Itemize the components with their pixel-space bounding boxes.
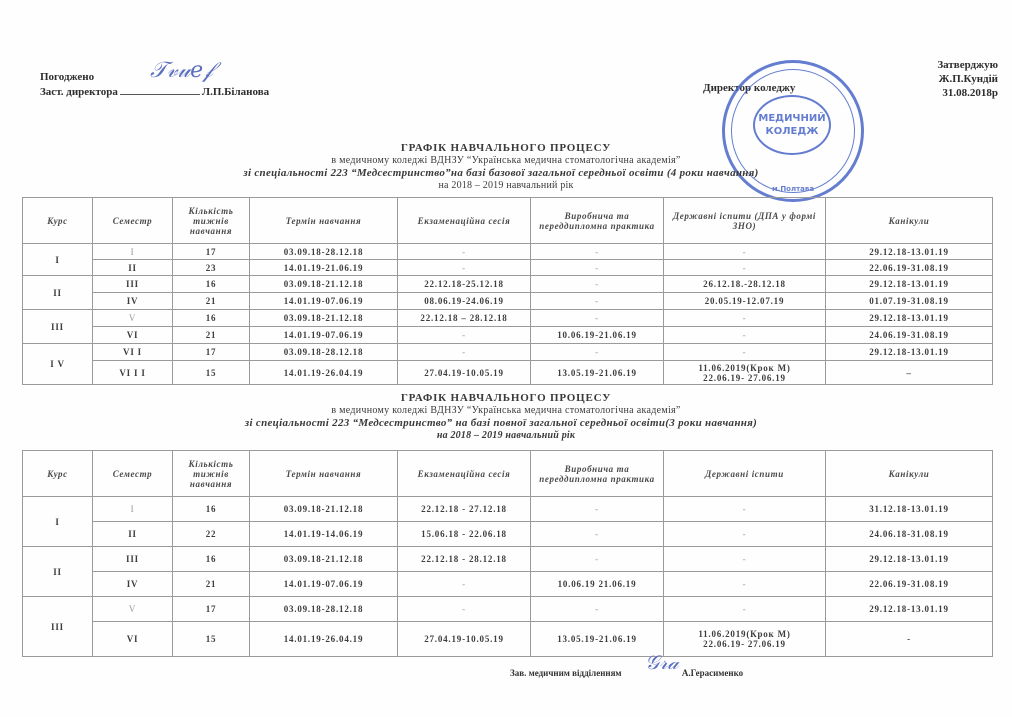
state-exam-cell: 26.12.18.-28.12.18 xyxy=(664,276,826,293)
state-exam-cell: - xyxy=(664,597,826,622)
header-practice: Виробнича та переддипломна практика xyxy=(531,198,664,244)
table-row: VI1514.01.19-26.04.1927.04.19-10.05.1913… xyxy=(23,622,993,657)
exam-cell: 22.12.18 - 28.12.18 xyxy=(398,547,531,572)
signature-left-icon: 𝒯𝓋𝓊𝑒𝒻 xyxy=(150,58,213,83)
table-row: II2214.01.19-14.06.1915.06.18 - 22.06.18… xyxy=(23,522,993,547)
vacation-cell: 22.06.19-31.08.19 xyxy=(826,260,993,276)
vacation-cell: 29.12.18-13.01.19 xyxy=(826,310,993,327)
term-cell: 14.01.19-07.06.19 xyxy=(250,327,398,344)
table-row: II2314.01.19-21.06.19---22.06.19-31.08.1… xyxy=(23,260,993,276)
practice-cell: - xyxy=(531,293,664,310)
schedule2-title: ГРАФІК НАВЧАЛЬНОГО ПРОЦЕСУ xyxy=(0,392,1012,405)
schedule2-table: Курс Семестр Кількість тижнів навчання Т… xyxy=(22,450,993,657)
schedule1-table: Курс Семестр Кількість тижнів навчання Т… xyxy=(22,197,993,385)
vacation-cell: 01.07.19-31.08.19 xyxy=(826,293,993,310)
table-row: IIIII1603.09.18-21.12.1822.12.18 - 28.12… xyxy=(23,547,993,572)
state-exam-cell: - xyxy=(664,244,826,260)
practice-cell: 13.05.19-21.06.19 xyxy=(531,622,664,657)
term-cell: 14.01.19-07.06.19 xyxy=(250,293,398,310)
header-state-exam: Державні іспити xyxy=(664,451,826,497)
table-row: I VVI I1703.09.18-28.12.18---29.12.18-13… xyxy=(23,344,993,361)
footer-position: Зав. медичним відділенням xyxy=(510,668,622,678)
schedule1-title-block: ГРАФІК НАВЧАЛЬНОГО ПРОЦЕСУ в медичному к… xyxy=(0,142,1012,192)
vacation-cell: 29.12.18-13.01.19 xyxy=(826,276,993,293)
practice-cell: 10.06.19-21.06.19 xyxy=(531,327,664,344)
deputy-position: Заст. директора xyxy=(40,86,118,98)
course-cell: I V xyxy=(23,344,93,385)
approval-right: Затверджую Ж.П.Кундій 31.08.2018р xyxy=(937,58,998,100)
vacation-cell: 22.06.19-31.08.19 xyxy=(826,572,993,597)
table-row: VI I I1514.01.19-26.04.1927.04.19-10.05.… xyxy=(23,361,993,385)
semester-cell: VI I I xyxy=(93,361,173,385)
semester-cell: II xyxy=(93,522,173,547)
deputy-line: Заст. директораЛ.П.Біланова xyxy=(40,84,269,99)
exam-cell: - xyxy=(398,572,531,597)
deputy-name: Л.П.Біланова xyxy=(202,86,269,98)
table-row: IV2114.01.19-07.06.19-10.06.19 21.06.19-… xyxy=(23,572,993,597)
header-course: Курс xyxy=(23,451,93,497)
table-row: IIIV1703.09.18-28.12.18---29.12.18-13.01… xyxy=(23,597,993,622)
exam-cell: 22.12.18 – 28.12.18 xyxy=(398,310,531,327)
signature-footer-icon: 𝒢𝓇𝒶 xyxy=(645,650,679,674)
course-cell: III xyxy=(23,310,93,344)
exam-cell: 27.04.19-10.05.19 xyxy=(398,361,531,385)
footer-name: А.Герасименко xyxy=(682,668,743,678)
table-row: VI2114.01.19-07.06.19-10.06.19-21.06.19-… xyxy=(23,327,993,344)
term-cell: 14.01.19-14.06.19 xyxy=(250,522,398,547)
term-cell: 14.01.19-26.04.19 xyxy=(250,622,398,657)
weeks-cell: 21 xyxy=(173,293,250,310)
header-term: Термін навчання xyxy=(250,451,398,497)
schedule2-header-row: Курс Семестр Кількість тижнів навчання Т… xyxy=(23,451,993,497)
header-term: Термін навчання xyxy=(250,198,398,244)
semester-cell: VI xyxy=(93,622,173,657)
weeks-cell: 23 xyxy=(173,260,250,276)
vacation-cell: – xyxy=(826,361,993,385)
header-exam: Екзаменаційна сесія xyxy=(398,198,531,244)
vacation-cell: 24.06.19-31.08.19 xyxy=(826,327,993,344)
weeks-cell: 22 xyxy=(173,522,250,547)
schedule2-institution: в медичному коледжі ВДНЗУ “Українська ме… xyxy=(0,405,1012,417)
semester-cell: II xyxy=(93,260,173,276)
header-weeks: Кількість тижнів навчання xyxy=(173,198,250,244)
semester-cell: III xyxy=(93,276,173,293)
semester-cell: III xyxy=(93,547,173,572)
term-cell: 03.09.18-28.12.18 xyxy=(250,344,398,361)
weeks-cell: 21 xyxy=(173,327,250,344)
practice-cell: 10.06.19 21.06.19 xyxy=(531,572,664,597)
table-row: II1703.09.18-28.12.18---29.12.18-13.01.1… xyxy=(23,244,993,260)
exam-cell: 27.04.19-10.05.19 xyxy=(398,622,531,657)
vacation-cell: 31.12.18-13.01.19 xyxy=(826,497,993,522)
exam-cell: - xyxy=(398,344,531,361)
header-vacation: Канікули xyxy=(826,451,993,497)
practice-cell: - xyxy=(531,244,664,260)
weeks-cell: 15 xyxy=(173,622,250,657)
exam-cell: 08.06.19-24.06.19 xyxy=(398,293,531,310)
practice-cell: - xyxy=(531,276,664,293)
practice-cell: - xyxy=(531,344,664,361)
practice-cell: - xyxy=(531,310,664,327)
course-cell: III xyxy=(23,597,93,657)
weeks-cell: 17 xyxy=(173,344,250,361)
header-course: Курс xyxy=(23,198,93,244)
vacation-cell: 29.12.18-13.01.19 xyxy=(826,597,993,622)
semester-cell: VI I xyxy=(93,344,173,361)
semester-cell: V xyxy=(93,310,173,327)
semester-cell: IV xyxy=(93,293,173,310)
course-cell: II xyxy=(23,276,93,310)
vacation-cell: 29.12.18-13.01.19 xyxy=(826,244,993,260)
state-exam-cell: - xyxy=(664,327,826,344)
semester-cell: I xyxy=(93,244,173,260)
state-exam-cell: - xyxy=(664,522,826,547)
course-cell: I xyxy=(23,497,93,547)
header-semester: Семестр xyxy=(93,198,173,244)
exam-cell: - xyxy=(398,327,531,344)
weeks-cell: 16 xyxy=(173,310,250,327)
schedule1-institution: в медичному коледжі ВДНЗУ “Українська ме… xyxy=(0,155,1012,167)
approve-label: Затверджую xyxy=(937,58,998,72)
exam-cell: - xyxy=(398,597,531,622)
state-exam-cell: - xyxy=(664,547,826,572)
term-cell: 03.09.18-21.12.18 xyxy=(250,310,398,327)
semester-cell: VI xyxy=(93,327,173,344)
vacation-cell: - xyxy=(826,622,993,657)
header-exam: Екзаменаційна сесія xyxy=(398,451,531,497)
header-state-exam: Державні іспити (ДПА у формі ЗНО) xyxy=(664,198,826,244)
approval-date: 31.08.2018р xyxy=(937,86,998,100)
exam-cell: 22.12.18-25.12.18 xyxy=(398,276,531,293)
term-cell: 03.09.18-21.12.18 xyxy=(250,276,398,293)
exam-cell: - xyxy=(398,244,531,260)
header-semester: Семестр xyxy=(93,451,173,497)
signature-line xyxy=(120,84,200,95)
course-cell: I xyxy=(23,244,93,276)
schedule1-year: на 2018 – 2019 навчальний рік xyxy=(0,180,1012,192)
vacation-cell: 29.12.18-13.01.19 xyxy=(826,547,993,572)
practice-cell: - xyxy=(531,497,664,522)
practice-cell: - xyxy=(531,547,664,572)
weeks-cell: 16 xyxy=(173,497,250,522)
stamp-line2: КОЛЕДЖ xyxy=(755,125,829,138)
stamp-line1: МЕДИЧНИЙ xyxy=(755,112,829,125)
weeks-cell: 21 xyxy=(173,572,250,597)
term-cell: 14.01.19-26.04.19 xyxy=(250,361,398,385)
schedule2-year: на 2018 – 2019 навчальний рік xyxy=(0,430,1012,442)
semester-cell: V xyxy=(93,597,173,622)
vacation-cell: 29.12.18-13.01.19 xyxy=(826,344,993,361)
weeks-cell: 16 xyxy=(173,276,250,293)
state-exam-cell: - xyxy=(664,572,826,597)
state-exam-cell: - xyxy=(664,344,826,361)
semester-cell: I xyxy=(93,497,173,522)
state-exam-cell: 20.05.19-12.07.19 xyxy=(664,293,826,310)
practice-cell: 13.05.19-21.06.19 xyxy=(531,361,664,385)
schedule1-header-row: Курс Семестр Кількість тижнів навчання Т… xyxy=(23,198,993,244)
weeks-cell: 17 xyxy=(173,244,250,260)
table-row: IV2114.01.19-07.06.1908.06.19-24.06.19-2… xyxy=(23,293,993,310)
weeks-cell: 15 xyxy=(173,361,250,385)
term-cell: 03.09.18-28.12.18 xyxy=(250,597,398,622)
exam-cell: 15.06.18 - 22.06.18 xyxy=(398,522,531,547)
term-cell: 14.01.19-21.06.19 xyxy=(250,260,398,276)
schedule1-specialty: зі спеціальності 223 “Медсестринство”на … xyxy=(0,167,1012,180)
table-row: IIIII1603.09.18-21.12.1822.12.18-25.12.1… xyxy=(23,276,993,293)
table-row: IIIV1603.09.18-21.12.1822.12.18 – 28.12.… xyxy=(23,310,993,327)
term-cell: 03.09.18-28.12.18 xyxy=(250,244,398,260)
header-practice: Виробнича та переддипломна практика xyxy=(531,451,664,497)
state-exam-cell: - xyxy=(664,310,826,327)
footer-signoff: Зав. медичним відділенням А.Герасименко xyxy=(510,668,743,678)
exam-cell: 22.12.18 - 27.12.18 xyxy=(398,497,531,522)
state-exam-cell: - xyxy=(664,260,826,276)
vacation-cell: 24.06.18-31.08.19 xyxy=(826,522,993,547)
state-exam-cell: 11.06.2019(Крок М)22.06.19- 27.06.19 xyxy=(664,622,826,657)
weeks-cell: 16 xyxy=(173,547,250,572)
header-weeks: Кількість тижнів навчання xyxy=(173,451,250,497)
practice-cell: - xyxy=(531,260,664,276)
state-exam-cell: 11.06.2019(Крок М)22.06.19- 27.06.19 xyxy=(664,361,826,385)
course-cell: II xyxy=(23,547,93,597)
term-cell: 03.09.18-21.12.18 xyxy=(250,497,398,522)
director-name: Ж.П.Кундій xyxy=(937,72,998,86)
state-exam-cell: - xyxy=(664,497,826,522)
header-vacation: Канікули xyxy=(826,198,993,244)
exam-cell: - xyxy=(398,260,531,276)
term-cell: 14.01.19-07.06.19 xyxy=(250,572,398,597)
term-cell: 03.09.18-21.12.18 xyxy=(250,547,398,572)
schedule2-title-block: ГРАФІК НАВЧАЛЬНОГО ПРОЦЕСУ в медичному к… xyxy=(0,392,1012,442)
schedule2-specialty: зі спеціальності 223 “Медсестринство” на… xyxy=(0,417,1012,430)
semester-cell: IV xyxy=(93,572,173,597)
practice-cell: - xyxy=(531,597,664,622)
practice-cell: - xyxy=(531,522,664,547)
schedule1-title: ГРАФІК НАВЧАЛЬНОГО ПРОЦЕСУ xyxy=(0,142,1012,155)
table-row: II1603.09.18-21.12.1822.12.18 - 27.12.18… xyxy=(23,497,993,522)
weeks-cell: 17 xyxy=(173,597,250,622)
